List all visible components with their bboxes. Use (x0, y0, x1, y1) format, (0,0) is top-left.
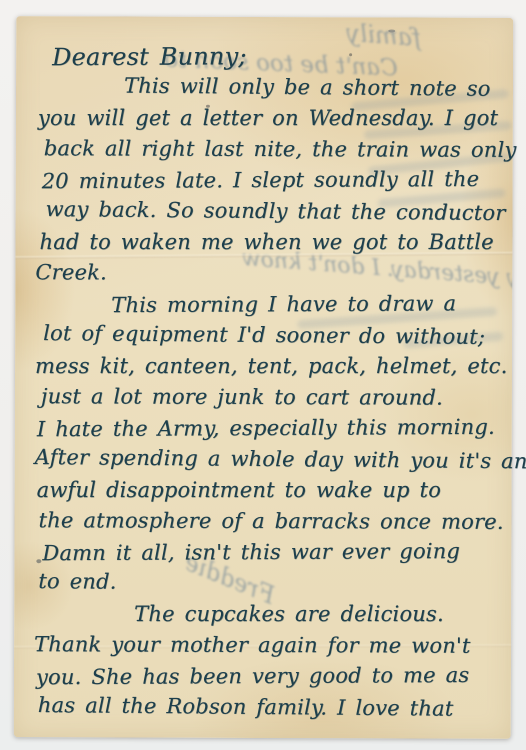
letter-line-15: awful disappointment to wake up to (37, 475, 502, 506)
letter-line-22: has all the Robson family. I love that (38, 690, 501, 725)
letter-line-13: I hate the Army, especially this morning… (37, 412, 502, 445)
letter-line-19: The cupcakes are delicious. (134, 599, 501, 630)
letter-line-7: had to waken me when we got to Battle (39, 227, 502, 258)
letter-paper: familyCan't be too soon toCompany yester… (14, 16, 514, 739)
letter-line-2: This will only be a short note so (124, 71, 503, 105)
letter-line-16: the atmosphere of a barracks once more. (38, 505, 501, 538)
letter-line-14: After spending a whole day with you it's… (35, 442, 502, 477)
letter-line-5: 20 minutes late. I slept soundly all the (42, 164, 503, 197)
letter-line-20: Thank your mother again for me won't (34, 629, 501, 662)
letter-line-1: Dearest Bunny; (52, 40, 503, 73)
letter-line-18: to end. (38, 566, 501, 601)
letter-line-8: Creek. (35, 257, 502, 290)
letter-line-12: just a lot more junk to cart around. (41, 381, 502, 414)
letter-line-3: you will get a letter on Wednesday. I go… (38, 103, 503, 134)
letter-body: Dearest Bunny;This will only be a short … (34, 40, 503, 729)
paper-speck (388, 29, 395, 32)
letter-line-9: This morning I have to draw a (111, 288, 502, 321)
letter-line-17: Damn it all, isn't this war ever going (42, 536, 501, 569)
letter-line-6: way back. So soundly that the conductor (45, 194, 502, 229)
letter-line-11: mess kit, canteen, tent, pack, helmet, e… (35, 351, 502, 382)
letter-line-10: lot of equipment I'd sooner do without; (43, 318, 502, 353)
letter-line-21: you. She has been very good to me as (36, 660, 501, 693)
letter-line-4: back all right last nite, the train was … (44, 133, 503, 166)
scanned-letter-page: familyCan't be too soon toCompany yester… (0, 0, 526, 750)
